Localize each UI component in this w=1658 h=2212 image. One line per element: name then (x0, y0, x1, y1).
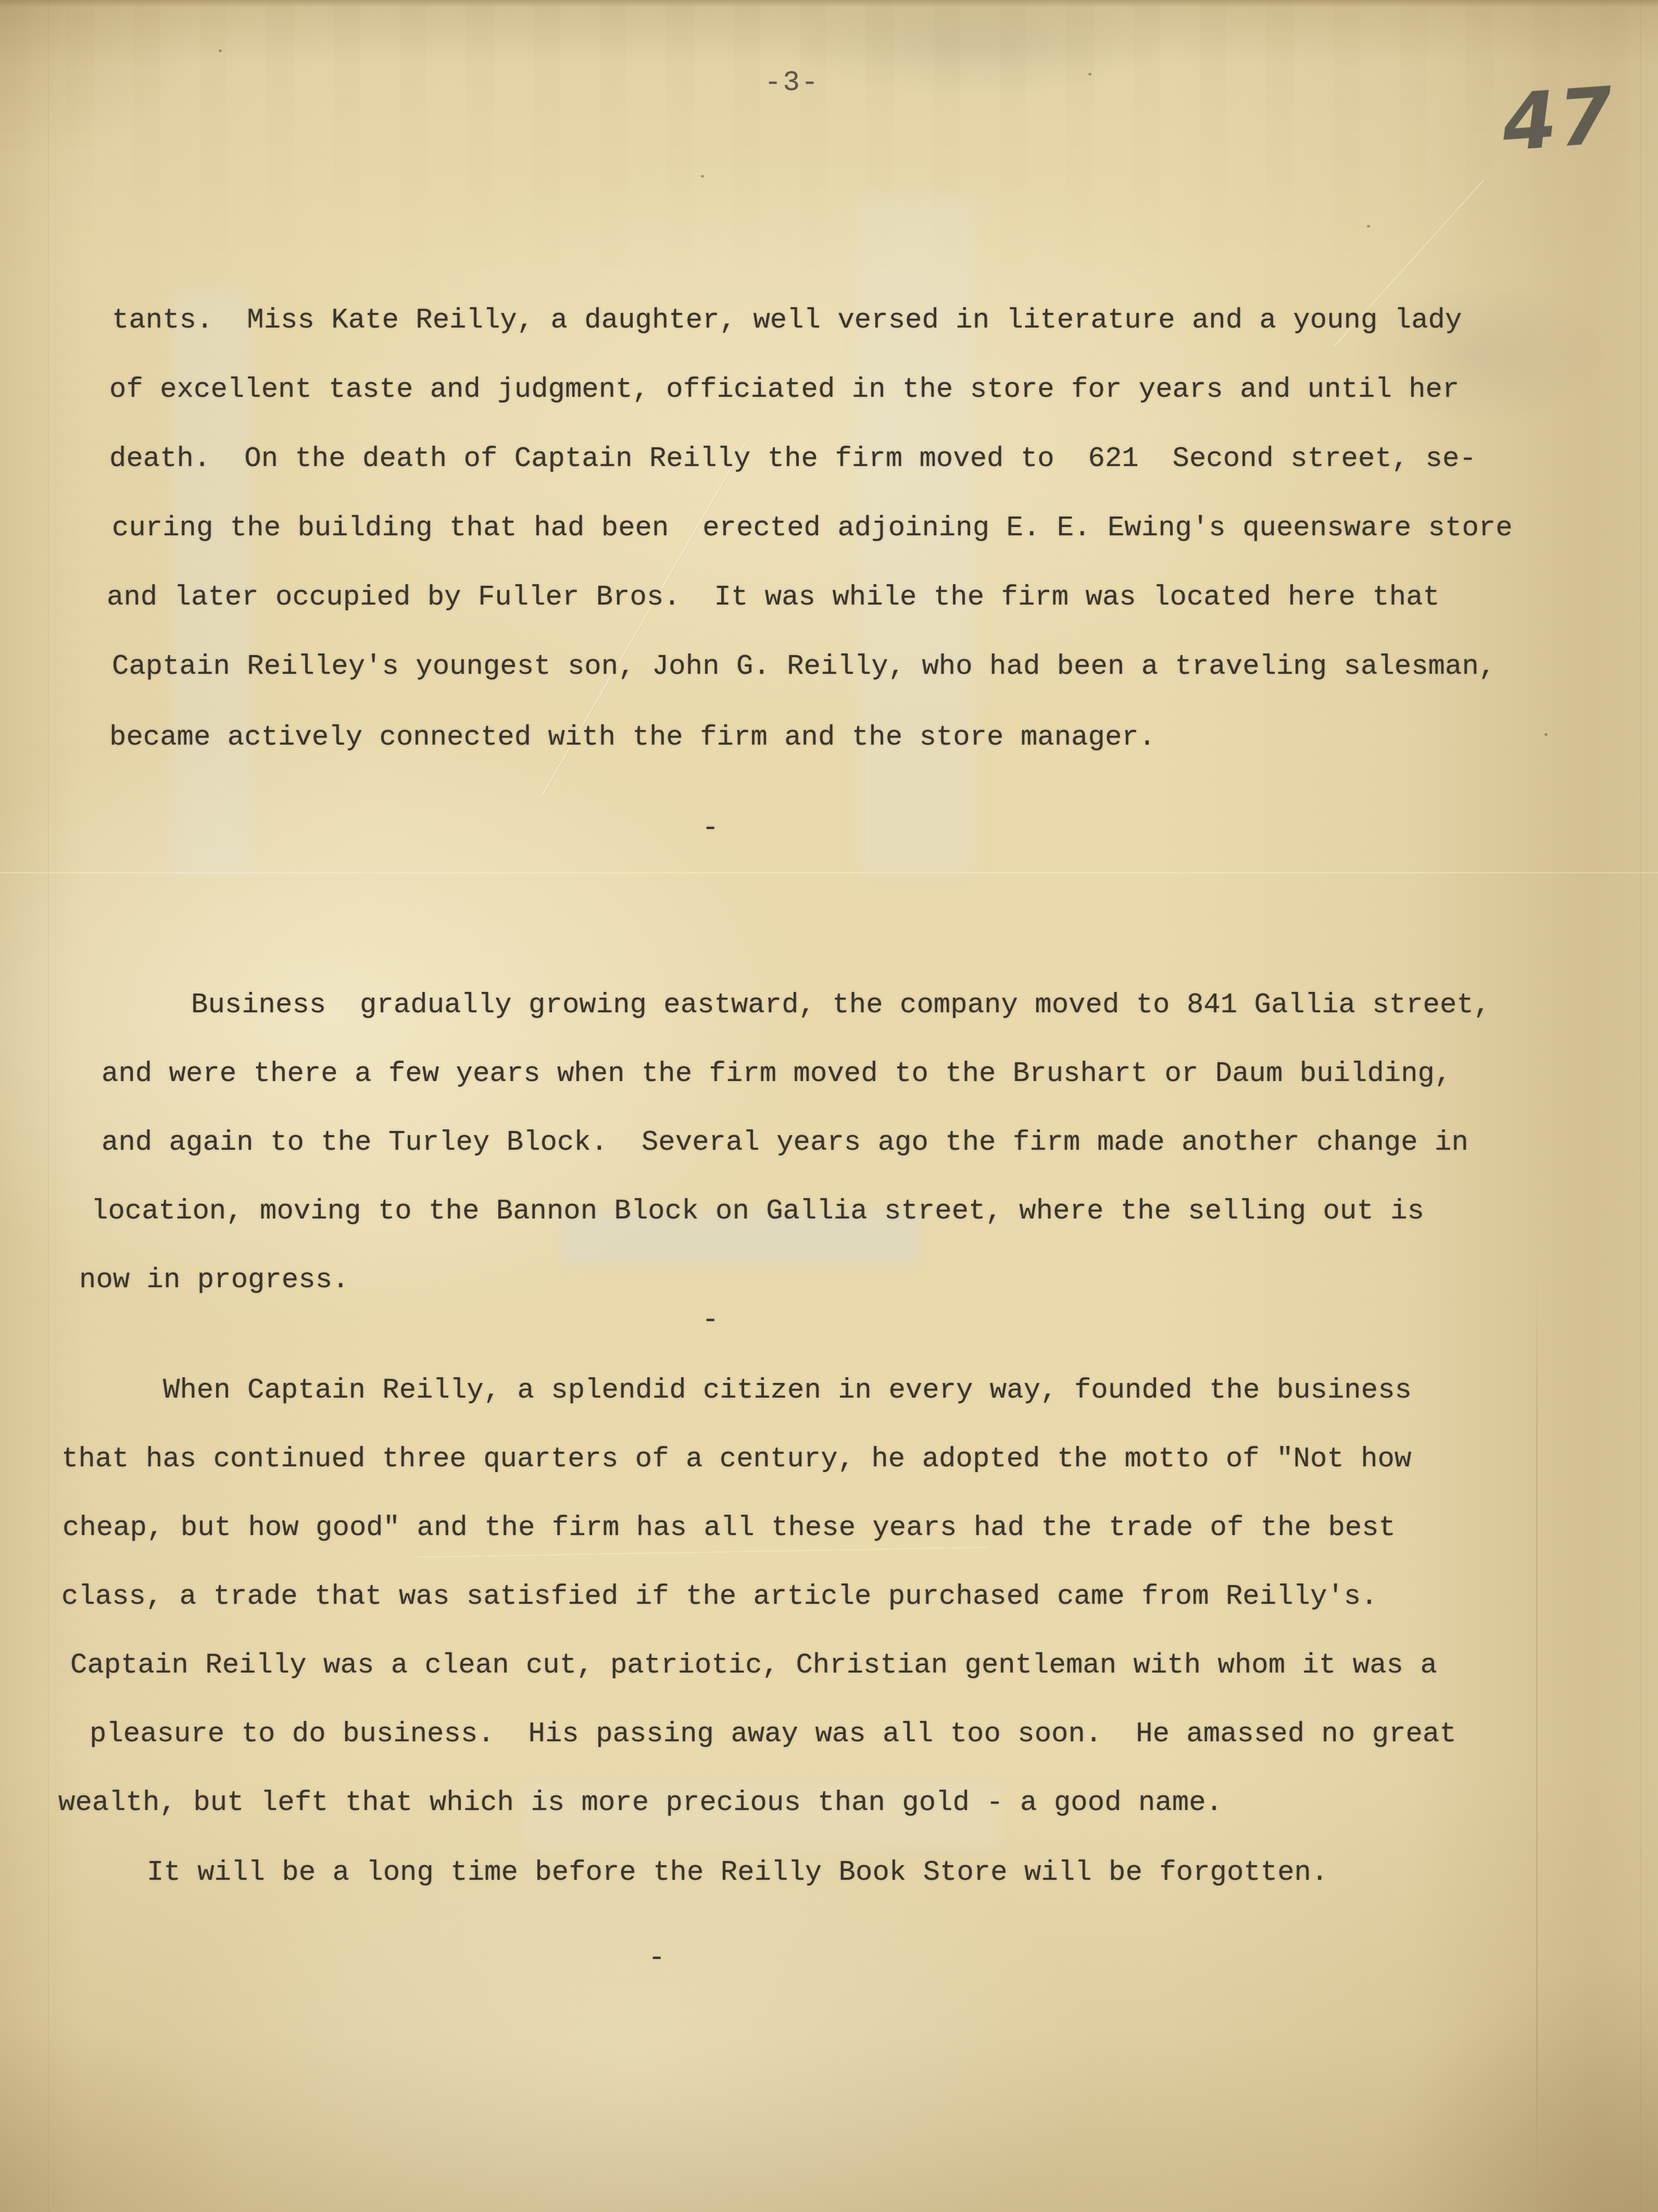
section-separator-dash: - (648, 1942, 665, 1975)
handwritten-folio-number: 47 (1500, 77, 1618, 163)
paper-corner-shadow (0, 0, 219, 167)
typed-line: now in progress. (79, 1264, 349, 1297)
typed-line: tants. Miss Kate Reilly, a daughter, wel… (112, 305, 1462, 337)
paper-top-streaks (0, 0, 1658, 281)
page-number: -3- (764, 69, 820, 97)
section-separator-dash: - (702, 1304, 719, 1337)
paper-edge-line (1640, 0, 1641, 2212)
typed-line: Captain Reilley's youngest son, John G. … (112, 651, 1496, 683)
paper-top-edge-shadow (0, 0, 1658, 7)
paper-crease (417, 1547, 989, 1557)
typed-line: and were there a few years when the firm… (102, 1058, 1451, 1090)
ink-speck (1367, 225, 1370, 228)
ink-speck (219, 49, 222, 52)
ink-speck (701, 175, 704, 178)
typed-line: death. On the death of Captain Reilly th… (109, 443, 1476, 475)
ink-speck (1544, 733, 1548, 736)
typed-line: location, moving to the Bannon Block on … (91, 1196, 1424, 1228)
typed-line: became actively connected with the firm … (109, 722, 1155, 754)
typed-line: Business gradually growing eastward, the… (191, 989, 1490, 1022)
paper-corner-shadow (1366, 1962, 1658, 2212)
scanned-typewritten-page: -3- 47 tants. Miss Kate Reilly, a daught… (0, 0, 1658, 2212)
typed-line: pleasure to do business. His passing awa… (90, 1718, 1456, 1751)
typed-line: cheap, but how good" and the firm has al… (62, 1512, 1396, 1544)
typed-line: curing the building that had been erecte… (112, 512, 1513, 545)
paper-crease (48, 0, 49, 2212)
typed-line: wealth, but left that which is more prec… (58, 1787, 1223, 1819)
paper-crease (1536, 1265, 1538, 2212)
paper-corner-shadow (0, 2014, 240, 2212)
paper-smudge (1312, 260, 1646, 448)
typed-line: Captain Reilly was a clean cut, patrioti… (70, 1650, 1437, 1682)
typed-line: and later occupied by Fuller Bros. It wa… (107, 582, 1440, 614)
typed-line: and again to the Turley Block. Several y… (102, 1127, 1468, 1159)
typed-line: It will be a long time before the Reilly… (147, 1857, 1328, 1889)
typed-line: class, a trade that was satisfied if the… (61, 1581, 1378, 1613)
typed-line: of excellent taste and judgment, officia… (109, 374, 1459, 406)
section-separator-dash: - (702, 812, 719, 845)
ink-speck (1088, 73, 1091, 76)
paper-crease (0, 872, 1658, 873)
typed-line: that has continued three quarters of a c… (61, 1443, 1411, 1476)
typed-line: When Captain Reilly, a splendid citizen … (163, 1375, 1412, 1407)
